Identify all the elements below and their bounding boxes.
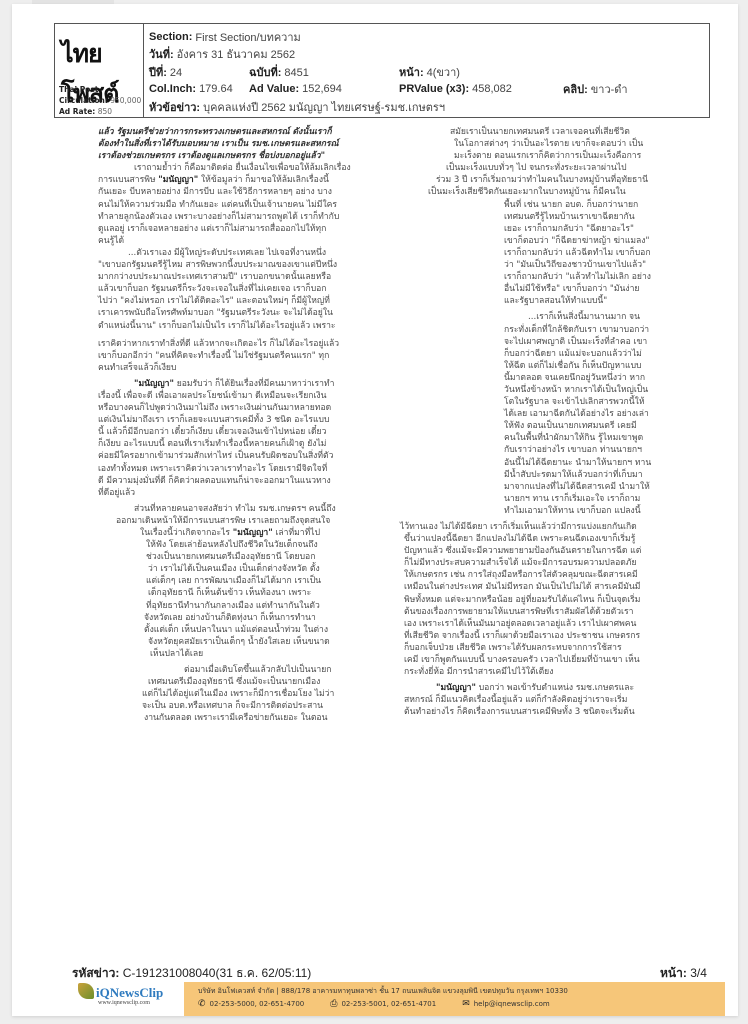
text-line: ช่วงเป็นนายกเทศมนตรีเมืองอุทัยธานี โดยบอ… [84,551,384,563]
text-line: เห็นปลาได้เลย [84,648,384,660]
clip-details: Section: First Section/บทความ วันที่: อั… [144,24,709,117]
year-label: ปีที่: [149,67,167,79]
text-line: การแบนสารพิษ "มนัญญา" ให้ข้อมูลว่า ก็มาข… [84,174,384,186]
text-line: จังหวัดเลย อย่างบ้านก็ติดทุ่งนา ก็เห็นกา… [84,612,384,624]
subject-name: "มนัญญา" [436,683,476,693]
text-line: แต่เงินไม่มาถึงเรา เราก็เลยจะแบนสารเคมีท… [84,414,384,426]
advalue-label: Ad Value: [249,83,299,95]
text-line: กับเราว่าอย่างไร เขาบอก ท่านนายกฯ [394,444,694,456]
text-line: ก็เงียบ อะไรแบบนี้ ตอนที่เราเริ่มทำเรื่อ… [84,438,384,450]
text-line: เด็กอุทัยธานี ก็เห็นต้นข้าว เห็นท้องนา เ… [84,587,384,599]
text-line: จะไปเผาศพญาติ เป็นมะเร็งที่ลำคอ เขา [394,336,694,348]
text-line: ไว้ทานเอง ไม่ได้มีฉีดยา เราก็เริ่มเห็นแล… [394,521,694,533]
text-line: มาจากแปลงที่ไม่ได้ฉีดสารเคมี นำมาให้ [394,481,694,493]
subject-name: "มนัญญา" [158,175,198,185]
text-line: แล้ว รัฐมนตรีช่วยว่าการกระทรวงเกษตรและสห… [84,126,384,138]
text-line: ที่อุทัยธานีทำนากันกลางเมือง แต่ทำนากันใ… [84,600,384,612]
text-line: "มนัญญา" บอกว่า พอเข้ารับตำแหน่ง รมช.เกษ… [394,682,694,694]
text-line: ทำลายลูกน้องตัวเอง เพราะบางอย่างก็ไม่สาม… [84,211,384,223]
text-line: ปัญหาแล้ว ซึ่งแม้จะมีความพยายามป้องกันอั… [394,545,694,557]
headline-value: บุคคลแห่งปี 2562 มนัญญา ไทยเศรษฐ์-รมช.เก… [203,98,445,116]
phone-icon: ✆ [198,999,206,1009]
text-line: เขาก็ตอบว่า "ก็ฉีดยาฆ่าหญ้า ฆ่าแมลง" [394,235,694,247]
phone-number: 02-253-5000, 02-651-4700 [210,1000,305,1008]
text-line: พิษทั้งหมด แต่จะมากหรือน้อย อยู่ที่ยอมรั… [394,594,694,606]
issue-value: 8451 [284,67,308,79]
text-line: ให้เกษตรกร เช่น การใส่ถุงมือหรือการใส่ตั… [394,569,694,581]
text-line: มากกว่างบประมาณประเทศเราสามปี" เราบอกขนา… [84,271,384,283]
headline-label: หัวข้อข่าว: [149,98,200,116]
text-line: คนทำเสร็จแล้วก็เงียบ [84,362,384,374]
text-line: ไปว่า "คงไม่หรอก เราไม่ได้ติดอะไร" และตอ… [84,295,384,307]
value-row: Col.Inch:179.64 Ad Value:152,694 PRValue… [149,81,709,99]
issue-row: ปีที่:24 ฉบับที่:8451 หน้า:4(ขวา) [149,63,709,81]
article-left-column: แล้ว รัฐมนตรีช่วยว่าการกระทรวงเกษตรและสห… [84,126,384,725]
text-line: ค่อยมีใครอยากเข้ามาร่วมสักเท่าไหร่ เป็นค… [84,450,384,462]
prvalue-value: 458,082 [472,83,512,95]
text-line: มีน้ำสับปะรดมาให้แล้วบอกว่าที่เก็บมา [394,469,694,481]
clip-value: ขาว-ดำ [591,84,628,96]
text-line: สหกรณ์ ก็มีแนวคิดเรื่องนี้อยู่แล้ว แต่ก็… [394,694,694,706]
text-line: ก็บอกว่าฉีดยา แม้แม่จะบอกแล้วว่าไม่ [394,348,694,360]
email-address[interactable]: help@iqnewsclip.com [474,1000,550,1008]
clip-label: คลิป: [563,84,588,96]
text-line: ขึ้นว่าแปลงนี้ฉีดยา อีกแปลงไม่ได้ฉีด เพร… [394,533,694,545]
text-line: พื้นที่ เช่น นายก อบต. ก็บอกว่านายก [394,199,694,211]
text-line: กระทั่งยี่ห้อ มีการนำสารเคมีไปไว้ใต้เตีย… [394,666,694,678]
text-line: ก็บอกเจ็บป่วย เสียชีวิต เพราะได้รับผลกระ… [394,642,694,654]
section-row: Section: First Section/บทความ [149,28,709,46]
text-line: ส่วนที่หลายคนอาจสงสัยว่า ทำไม รมช.เกษตรฯ… [84,503,384,515]
text-line: คนไม่ให้ความร่วมมือ ทำกันเยอะ แต่คนที่เป… [84,199,384,211]
clip-header: ไทยโพสต์ Thai Post Circulation: 950,000 … [54,23,710,118]
publication-box: ไทยโพสต์ Thai Post Circulation: 950,000 … [55,24,144,117]
text-line: ต้นทำอย่างไร ก็คิดเรื่องการแบนสารเคมีพิษ… [394,706,694,718]
text-line: ...ตัวเราเอง มีผู้ใหญ่ระดับประเทศเลย ไปเ… [84,247,384,259]
text-line: ต่อมาเมื่อเติบโตขึ้นแล้วกลับไปเป็นนายก [84,664,384,676]
publication-name: Thai Post [59,85,98,94]
publication-meta: Thai Post Circulation: 950,000 Ad Rate: … [59,84,141,117]
text-line: เราเคารพนับถือโทรศัพท์มาบอก "รัฐมนตรีระว… [84,307,384,319]
page-counter: หน้า: 3/4 [660,964,707,983]
iqnewsclip-logo-icon [78,983,94,999]
text-line: เยอะ เราก็ถามกลับว่า "ฉีดยาอะไร" [394,223,694,235]
text-line: นี้ แล้วก็มีอีกบอกว่า เดี๋ยวก็เงียบ เดี๋… [84,426,384,438]
brand-url[interactable]: www.iqnewsclip.com [98,1000,178,1006]
text-line: ต้องทำในสิ่งที่เราได้รับมอบหมาย เราเป็น … [84,138,384,150]
text-line: กันเยอะ บีบหลายอย่าง มีการบีบ และใช้วิธี… [84,186,384,198]
text-line: เอง เพราะเราได้เห็นมันมาอยู่ตลอดเวลาอยู่… [394,618,694,630]
text-line: นี้มาตลอด จนเคยนึกอยู่วันหนึ่งว่า หาก [394,372,694,384]
article-right-column: สมัยเราเป็นนายกเทศมนตรี เวลาเจอคนที่เสีย… [394,126,694,719]
text-line: และรัฐบาลสอนให้ทำแบบนี้" [394,295,694,307]
text-line: นายกฯ ทาน เราก็เริ่มเอะใจ เราก็ถาม [394,493,694,505]
mail-icon: ✉ [462,999,470,1009]
text-line: เราก็ถามกลับว่า "แล้วทำไมไม่เลิก อย่าง [394,271,694,283]
text-line: ดูแลอยู่ เราก็เจอหลายอย่าง แต่เราก็ไม่สา… [84,223,384,235]
text-line: คนรู้ได้ [84,235,384,247]
text-line: ว่า เราไม่ได้เป็นคนเมือง เป็นเด็กต่างจัง… [84,563,384,575]
date-label: วันที่: [149,45,174,63]
text-line: มะเร็งตาย ตอนแรกเราก็คิดว่าการเป็นมะเร็ง… [394,150,694,162]
text-line: เป็นมะเร็งแบบทั่วๆ ไป จนกระทั่งระยะเวลาผ… [394,162,694,174]
text-line: ออกมาเดินหน้าให้มีการแบนสารพิษ เราเลยถาม… [84,515,384,527]
text-line: ทำไมเอามาให้ทาน เขาก็บอก แปลงนี้ [394,505,694,517]
prvalue-label: PRValue (x3): [399,83,469,95]
text-line: ในเรื่องนี้ว่าเกิดจากอะไร "มนัญญา" เล่าท… [84,527,384,539]
text-line: โตในรัฐบาล จะเข้าไปเลิกสารพวกนี้ให้ [394,396,694,408]
text-line: จังหวัดยุคสมัยเราเป็นเด็กๆ น้ำยังใสเลย เ… [84,636,384,648]
text-line: เราถามย้ำว่า ก็คือมาติดต่อ ยื่นเงื่อนไขเ… [84,162,384,174]
ad-rate-value: 850 [98,107,112,116]
text-line: ให้ฟัง โดยเล่าย้อนหลังไปถึงชีวิตในวัยเด็… [84,539,384,551]
subject-name: "มนัญญา" [233,528,273,538]
text-line: เราก็ถามกลับว่า แล้วฉีดทำไม เขาก็บอก [394,247,694,259]
text-line: อันนี้ไม่ได้ฉีดยานะ นำมาให้นายกฯ ทาน [394,457,694,469]
text-line: งานกันตลอด เพราะเรามีเครือข่ายกันเยอะ ใน… [84,712,384,724]
news-code-label: รหัสข่าว: [72,966,119,980]
colinch-label: Col.Inch: [149,83,196,95]
text-line: อื่นไม่มีใช้หรือ" เขาก็บอกว่า "มันง่าย [394,283,694,295]
text-line: สมัยเราเป็นนายกเทศมนตรี เวลาเจอคนที่เสีย… [394,126,694,138]
text-line: ก็ไม่มีทางประสบความสำเร็จได้ แม้จะมีการอ… [394,557,694,569]
section-label: Section: [149,31,192,43]
text-line: เคมี เขาก็พูดกันแบบนี้ บางครอบครัว เวลาไ… [394,654,694,666]
contact-bar: บริษัท อินโฟเควสท์ จำกัด | 888/178 อาคาร… [184,982,725,1016]
text-line: เทศมนตรีรู้ไหมบ้านเราเขาฉีดยากัน [394,211,694,223]
contact-row: ✆ 02-253-5000, 02-651-4700 ⎙ 02-253-5001… [198,999,725,1009]
colinch-value: 179.64 [199,83,233,95]
year-value: 24 [170,67,182,79]
text-line: ตั้งแต่เด็ก เห็นปลาในนา แม้แต่ตอนน้ำท่วม… [84,624,384,636]
text-line: เราต้องช่วยเกษตรกร เราต้องดูแลเกษตรกร ชื… [84,150,384,162]
page-counter-value: 3/4 [690,966,707,980]
text-line: ตำแหน่งนี้นาน" เราก็บอกไม่เป็นไร เราก็ไม… [84,320,384,332]
fax-icon: ⎙ [330,999,337,1009]
page-value: 4(ขวา) [427,67,460,79]
date-value: อังคาร 31 ธันวาคม 2562 [177,45,296,63]
text-line: วันหนึ่งข้างหน้า หากเราได้เป็นใหญ่เป็น [394,384,694,396]
iqnewsclip-brand: iQNewsClip www.iqnewsclip.com [78,985,178,1006]
text-line: จะเป็น อบต.หรือเทศบาล ก็จะมีการติดต่อประ… [84,700,384,712]
text-line: เราคิดว่าหากเราทำสิ่งที่ดี แล้วหากจะเกิด… [84,338,384,350]
text-line: แล้วเขาก็บอก รัฐมนตรีก็ระวังจะเจอในสิ่งท… [84,283,384,295]
circulation-value: 950,000 [110,96,141,105]
text-line: ในโอกาสต่างๆ ว่าเป็นอะไรตาย เขาก็จะตอบว่… [394,138,694,150]
text-line: ว่า "มันเป็นวิถีของชาวบ้านเขาไปแล้ว" [394,259,694,271]
date-row: วันที่: อังคาร 31 ธันวาคม 2562 [149,46,709,64]
subject-name: "มนัญญา" [134,379,174,389]
page-label: หน้า: [399,67,424,79]
brand-name: iQNewsClip [96,985,178,1001]
advalue-value: 152,694 [302,83,342,95]
document-page: ไทยโพสต์ Thai Post Circulation: 950,000 … [12,4,738,1016]
text-line: ดี มีความมุ่งมั่นที่ดี ก็คิดว่าผลตอบแทนก… [84,475,384,487]
text-line: กระทั่งเด็กที่ใกล้ชิดกับเรา เขามาบอกว่า [394,324,694,336]
text-line: "เขาบอกรัฐมนตรีรู้ไหม สารพิษพวกนี้งบประม… [84,259,384,271]
circulation-label: Circulation: [59,96,108,105]
text-line: ให้ฟัง ตอนเป็นนายกเทศมนตรี เคยมี [394,420,694,432]
headline-row: หัวข้อข่าว: บุคคลแห่งปี 2562 มนัญญา ไทยเ… [149,98,709,116]
text-line: เทศมนตรีเมืองอุทัยธานี ซึ่งแม้จะเป็นนายก… [84,676,384,688]
text-line: ให้ฉีด แต่ก็ไม่เชื่อกัน ก็เห็นปัญหาแบบ [394,360,694,372]
text-line: ที่เสียชีวิต จากเรื่องนี้ เราก็เผาด้วยมื… [394,630,694,642]
text-line: คนในพื้นที่นำผักมาให้กิน รู้ไหมเขาพูด [394,432,694,444]
news-code: รหัสข่าว: C-191231008040(31 ธ.ค. 62/05:1… [72,964,311,983]
page-counter-label: หน้า: [660,966,687,980]
text-line: เหมือนในต่างประเทศ มันไม่มีหรอก มันเป็นไ… [394,581,694,593]
text-line: ได้เลย เอามาฉีดกันได้อย่างไร อย่างเล่า [394,408,694,420]
text-line: หรือบางคนก็ไปพูดว่าเงินมาไม่ถึง เพราะเงิ… [84,402,384,414]
text-line: เขาก็บอกอีกว่า "คนที่คิดจะทำเรื่องนี้ ไม… [84,350,384,362]
text-line: ต้นของเรื่องการพยายามให้แบนสารพิษที่เราส… [394,606,694,618]
section-value: First Section/บทความ [195,28,300,46]
news-code-value: C-191231008040(31 ธ.ค. 62/05:11) [123,966,312,980]
text-line: เป็นมะเร็งเสียชีวิตกันเยอะมากในบางหมู่บ้… [394,186,694,198]
fax-number: 02-253-5001, 02-651-4701 [341,1000,436,1008]
text-line: แต่ก็ไม่ได้อยู่แต่ในเมือง เพราะก็มีการเช… [84,688,384,700]
text-line: ...เราก็เห็นสิ่งนี้มานานมาก จน [394,311,694,323]
text-line: เรื่องนี้ เพื่อจะดี เพื่อเอาผลประโยชน์เข… [84,390,384,402]
text-line: แต่เด็กๆ เลย การพัฒนาเมืองก็ไม่ได้มาก เร… [84,575,384,587]
issue-label: ฉบับที่: [249,67,281,79]
text-line: ร่วม 3 ปี เราก็เริ่มถามว่าทำไมคนในบางหมู… [394,174,694,186]
company-address: บริษัท อินโฟเควสท์ จำกัด | 888/178 อาคาร… [198,986,725,999]
text-line: เองทำทั้งหมด เพราะเราคิดว่าเวลาเราทำอะไร… [84,463,384,475]
text-line: ที่ดีอยู่แล้ว [84,487,384,499]
text-line: "มนัญญา" ยอมรับว่า ก็ได้ยินเรื่องที่มีคน… [84,378,384,390]
ad-rate-label: Ad Rate: [59,107,95,116]
